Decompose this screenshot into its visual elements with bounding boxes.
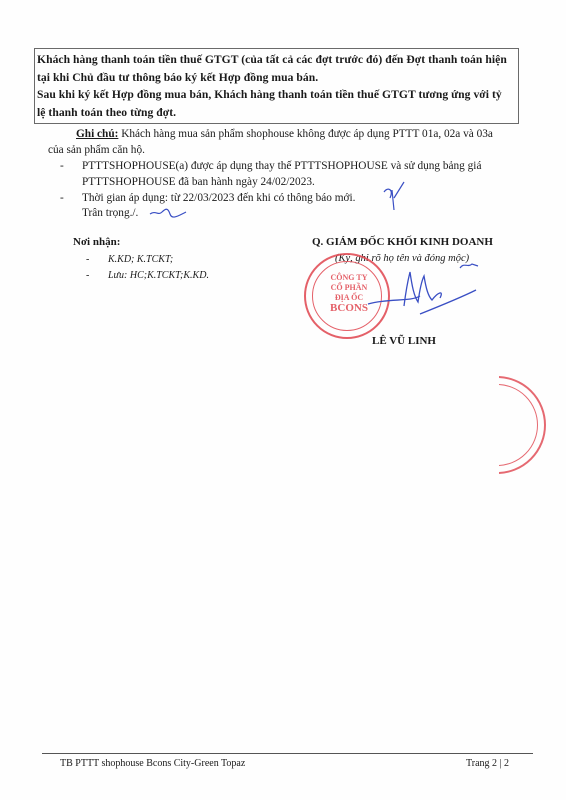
note-text: Khách hàng mua sản phẩm shophouse không …: [118, 128, 493, 140]
notice-line: Khách hàng thanh toán tiền thuế GTGT (củ…: [37, 51, 518, 69]
notice-line: tại khi Chủ đầu tư thông báo ký kết Hợp …: [37, 69, 518, 87]
bullet-text: Thời gian áp dụng: từ 22/03/2023 đến khi…: [82, 192, 355, 204]
bullet-1-line-2: PTTTSHOPHOUSE đã ban hành ngày 24/02/202…: [82, 174, 315, 190]
recipients-title: Nơi nhận:: [73, 236, 120, 248]
closing-text: Trân trọng./.: [82, 205, 138, 221]
bullet-text: PTTTSHOPHOUSE(a) được áp dụng thay thế P…: [82, 160, 481, 172]
note-line-1: Ghi chú: Khách hàng mua sản phẩm shophou…: [76, 126, 493, 142]
note-label: Ghi chú:: [76, 128, 118, 140]
notice-line: lệ thanh toán theo từng đợt.: [37, 104, 518, 122]
signer-name: LÊ VŨ LINH: [372, 335, 436, 347]
note-line-2: của sản phẩm căn hộ.: [48, 142, 145, 158]
footer-document-title: TB PTTT shophouse Bcons City-Green Topaz: [60, 758, 245, 769]
dash-marker: -: [60, 190, 82, 206]
bullet-1-line-1: -PTTTSHOPHOUSE(a) được áp dụng thay thế …: [60, 158, 481, 174]
recipient-item: -K.KD; K.TCKT;: [86, 254, 173, 265]
recipient-item: -Lưu: HC;K.TCKT;K.KD.: [86, 270, 209, 281]
vat-payment-notice-box: Khách hàng thanh toán tiền thuế GTGT (củ…: [34, 48, 519, 124]
bullet-2-line-1: -Thời gian áp dụng: từ 22/03/2023 đến kh…: [60, 190, 355, 206]
footer-divider: [42, 753, 533, 754]
recipient-text: K.KD; K.TCKT;: [108, 254, 173, 265]
notice-line: Sau khi ký kết Hợp đồng mua bán, Khách h…: [37, 86, 518, 104]
initials-signature-icon: [380, 180, 410, 220]
document-page: Khách hàng thanh toán tiền thuế GTGT (củ…: [0, 0, 566, 800]
partial-seal-stamp: [448, 376, 546, 474]
dash-marker: -: [60, 158, 82, 174]
signer-title: Q. GIÁM ĐỐC KHỐI KINH DOANH: [312, 236, 493, 248]
dash-marker: -: [86, 270, 108, 281]
dash-marker: -: [86, 254, 108, 265]
initials-signature-icon: [148, 206, 188, 220]
recipient-text: Lưu: HC;K.TCKT;K.KD.: [108, 270, 209, 281]
director-signature-icon: [360, 262, 480, 322]
footer-page-number: Trang 2 | 2: [466, 758, 509, 769]
